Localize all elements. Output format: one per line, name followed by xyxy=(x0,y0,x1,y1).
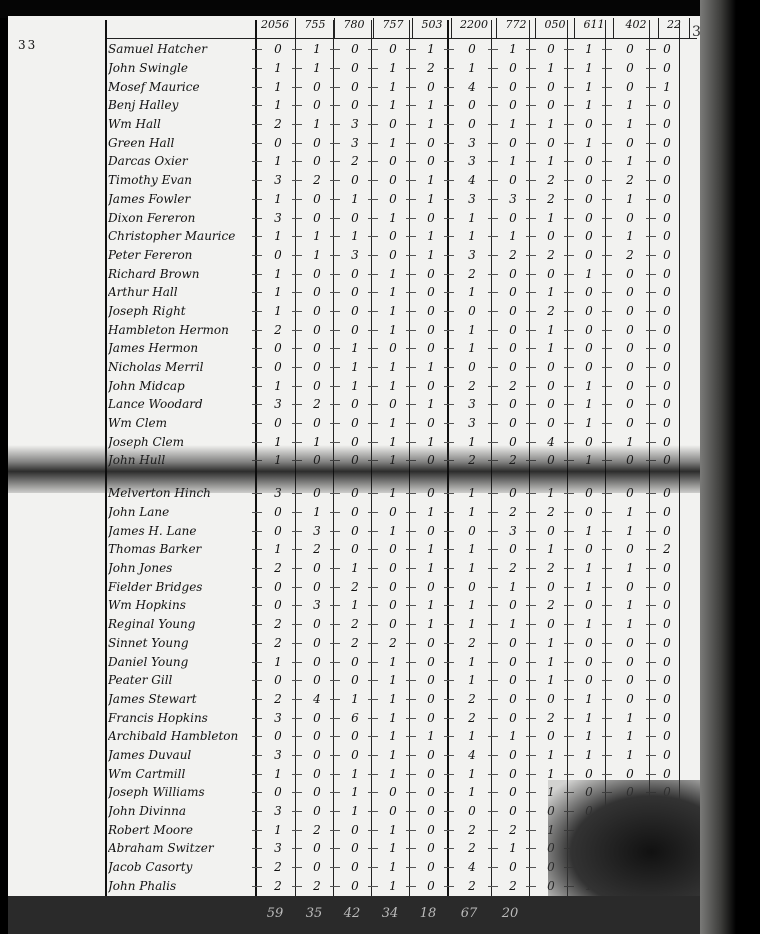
column-header: 22 xyxy=(659,18,690,38)
column-total: 42 xyxy=(333,906,371,921)
table-row: Wm Clem00010300100 xyxy=(108,414,682,433)
head-of-household-name: Daniel Young xyxy=(108,655,258,669)
table-row: James H. Lane03010030110 xyxy=(108,521,682,540)
column-header: 780 xyxy=(335,18,374,38)
table-row: Mosef Maurice10010400101 xyxy=(108,77,682,96)
head-of-household-name: Lance Woodard xyxy=(108,397,258,411)
page-edge xyxy=(700,0,760,934)
table-row: Christopher Maurice11101110010 xyxy=(108,227,682,246)
tally-cell: 0 xyxy=(652,211,682,225)
head-of-household-name: James Duvaul xyxy=(108,748,258,762)
table-row: Richard Brown10010200100 xyxy=(108,264,682,283)
column-header: 611 xyxy=(575,18,614,38)
column-total: 59 xyxy=(255,906,295,921)
table-row: James Duvaul30010401110 xyxy=(108,746,682,765)
head-of-household-name: Wm Hopkins xyxy=(108,598,258,612)
column-header: 402 xyxy=(614,18,659,38)
column-headers: 205675578075750322007720506114022214 xyxy=(255,18,723,38)
tally-cell: 0 xyxy=(652,323,682,337)
head-of-household-name: Arthur Hall xyxy=(108,285,258,299)
table-row: Daniel Young10010101000 xyxy=(108,652,682,671)
head-of-household-name: John Lane xyxy=(108,505,258,519)
head-of-household-name: Richard Brown xyxy=(108,267,258,281)
tally-cell: 0 xyxy=(652,285,682,299)
tally-cell: 0 xyxy=(652,711,682,725)
head-of-household-name: Christopher Maurice xyxy=(108,229,258,243)
table-row: Peter Fereron01301322020 xyxy=(108,246,682,265)
tally-cell: 0 xyxy=(652,655,682,669)
water-damage xyxy=(548,780,720,900)
table-row: Sinnet Young20220201000 xyxy=(108,634,682,653)
head-of-household-name: Sinnet Young xyxy=(108,636,258,650)
table-row: John Swingle11012101100 xyxy=(108,59,682,78)
head-of-household-name: Francis Hopkins xyxy=(108,711,258,725)
table-row: Lance Woodard32001300100 xyxy=(108,395,682,414)
table-row: Thomas Barker12001101002 xyxy=(108,540,682,559)
tally-cell: 0 xyxy=(652,617,682,631)
column-header: 755 xyxy=(296,18,335,38)
tally-cell: 0 xyxy=(652,767,682,781)
head-of-household-name: Jacob Casorty xyxy=(108,860,258,874)
table-row: Hambleton Hermon20010101000 xyxy=(108,320,682,339)
tally-cell: 0 xyxy=(652,42,682,56)
tally-cell: 0 xyxy=(652,379,682,393)
tally-cell: 0 xyxy=(652,505,682,519)
head-of-household-name: John Midcap xyxy=(108,379,258,393)
tally-cell: 0 xyxy=(652,267,682,281)
column-header: 772 xyxy=(497,18,536,38)
tally-cell: 0 xyxy=(652,416,682,430)
table-row: James Fowler10101332010 xyxy=(108,190,682,209)
tally-cell: 0 xyxy=(652,673,682,687)
head-of-household-name: Robert Moore xyxy=(108,823,258,837)
head-of-household-name: Peter Fereron xyxy=(108,248,258,262)
table-row: Nicholas Merril00111000000 xyxy=(108,358,682,377)
table-row: Darcas Oxier10200311010 xyxy=(108,152,682,171)
tally-cell: 0 xyxy=(652,360,682,374)
tally-cell: 0 xyxy=(652,598,682,612)
head-of-household-name: Reginal Young xyxy=(108,617,258,631)
column-header: 050 xyxy=(536,18,575,38)
head-of-household-name: Wm Cartmill xyxy=(108,767,258,781)
table-row: John Jones20101122110 xyxy=(108,559,682,578)
head-of-household-name: Wm Hall xyxy=(108,117,258,131)
table-row: Green Hall00310300100 xyxy=(108,133,682,152)
table-row: Dixon Fereron30010101000 xyxy=(108,208,682,227)
head-of-household-name: John Jones xyxy=(108,561,258,575)
column-totals: 59354234186720 xyxy=(255,906,529,921)
table-row: John Lane01001122010 xyxy=(108,503,682,522)
head-of-household-name: James Fowler xyxy=(108,192,258,206)
column-header: 757 xyxy=(374,18,413,38)
head-of-household-name: John Divinna xyxy=(108,804,258,818)
tally-cell: 0 xyxy=(652,580,682,594)
head-of-household-name: John Swingle xyxy=(108,61,258,75)
head-of-household-name: Archibald Hambleton xyxy=(108,729,258,743)
table-row: John Midcap10110220100 xyxy=(108,376,682,395)
column-total: 18 xyxy=(409,906,447,921)
head-of-household-name: Dixon Fereron xyxy=(108,211,258,225)
tally-cell: 0 xyxy=(652,304,682,318)
fold-stain xyxy=(8,445,720,493)
tally-cell: 1 xyxy=(652,80,682,94)
table-row: James Stewart24110200100 xyxy=(108,690,682,709)
head-of-household-name: Timothy Evan xyxy=(108,173,258,187)
tally-cell: 0 xyxy=(652,248,682,262)
column-total: 20 xyxy=(491,906,529,921)
table-row: Reginal Young20201110110 xyxy=(108,615,682,634)
head-of-household-name: Peater Gill xyxy=(108,673,258,687)
head-of-household-name: Joseph Right xyxy=(108,304,258,318)
tally-cell: 0 xyxy=(652,229,682,243)
table-row: Timothy Evan32001402020 xyxy=(108,171,682,190)
head-of-household-name: Fielder Bridges xyxy=(108,580,258,594)
tally-cell: 0 xyxy=(652,561,682,575)
head-of-household-name: John Phalis xyxy=(108,879,258,893)
table-row: Joseph Right10010002000 xyxy=(108,302,682,321)
head-of-household-name: Hambleton Hermon xyxy=(108,323,258,337)
head-of-household-name: James Stewart xyxy=(108,692,258,706)
head-of-household-name: Nicholas Merril xyxy=(108,360,258,374)
tally-cell: 0 xyxy=(652,341,682,355)
table-row: Benj Halley10011000110 xyxy=(108,96,682,115)
tally-cell: 0 xyxy=(652,173,682,187)
tally-cell: 0 xyxy=(652,192,682,206)
table-row: Archibald Hambleton00011110110 xyxy=(108,727,682,746)
tally-cell: 0 xyxy=(652,98,682,112)
tally-cell: 2 xyxy=(652,542,682,556)
column-total: 34 xyxy=(371,906,409,921)
head-of-household-name: Green Hall xyxy=(108,136,258,150)
tally-cell: 0 xyxy=(652,692,682,706)
table-row: Arthur Hall10010101000 xyxy=(108,283,682,302)
tally-cell: 0 xyxy=(652,729,682,743)
column-total: 67 xyxy=(447,906,491,921)
column-header: 2056 xyxy=(255,18,296,38)
upper-section: Samuel Hatcher01001010100John Swingle110… xyxy=(108,40,682,470)
tally-cell: 0 xyxy=(652,117,682,131)
tally-cell: 0 xyxy=(652,61,682,75)
tally-cell: 0 xyxy=(652,748,682,762)
header-rule xyxy=(107,38,697,39)
table-row: Peater Gill00010101000 xyxy=(108,671,682,690)
head-of-household-name: Benj Halley xyxy=(108,98,258,112)
page-number: 33 xyxy=(18,38,37,52)
table-row: Wm Hopkins03101102010 xyxy=(108,596,682,615)
table-row: Samuel Hatcher01001010100 xyxy=(108,40,682,59)
head-of-household-name: Joseph Williams xyxy=(108,785,258,799)
table-row: James Hermon00100101000 xyxy=(108,339,682,358)
table-row: Fielder Bridges00200010100 xyxy=(108,577,682,596)
tally-cell: 0 xyxy=(652,136,682,150)
tally-cell: 0 xyxy=(652,397,682,411)
table-row: Francis Hopkins30610202110 xyxy=(108,708,682,727)
head-of-household-name: Abraham Switzer xyxy=(108,841,258,855)
head-of-household-name: James Hermon xyxy=(108,341,258,355)
table-row: Wm Hall21301011010 xyxy=(108,115,682,134)
column-total: 35 xyxy=(295,906,333,921)
tally-cell: 0 xyxy=(652,636,682,650)
head-of-household-name: James H. Lane xyxy=(108,524,258,538)
tally-cell: 0 xyxy=(652,524,682,538)
head-of-household-name: Darcas Oxier xyxy=(108,154,258,168)
head-of-household-name: Samuel Hatcher xyxy=(108,42,258,56)
tally-cell: 0 xyxy=(652,154,682,168)
head-of-household-name: Thomas Barker xyxy=(108,542,258,556)
head-of-household-name: Wm Clem xyxy=(108,416,258,430)
head-of-household-name: Mosef Maurice xyxy=(108,80,258,94)
